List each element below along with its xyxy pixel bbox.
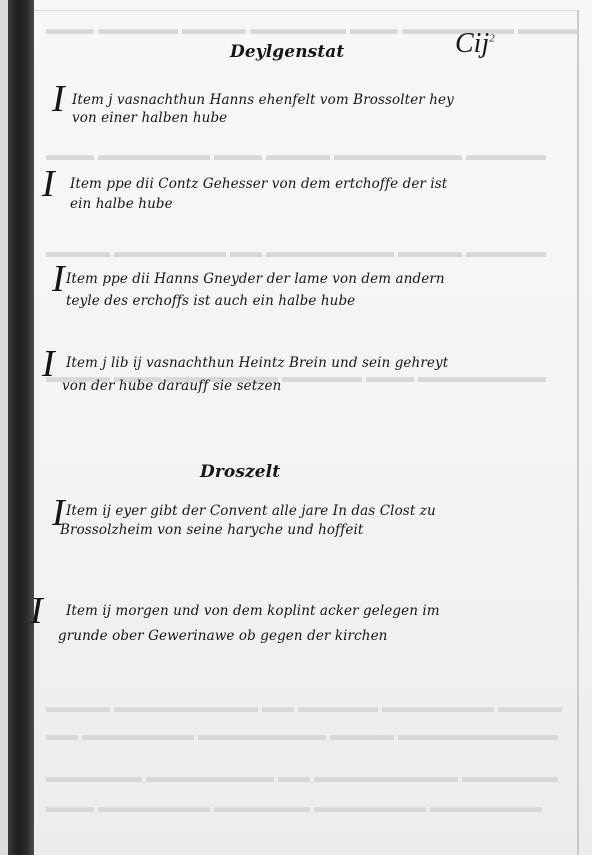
- entry-initial: I: [52, 80, 65, 118]
- entry-line: Item ppe dii Contz Gehesser von dem ertc…: [70, 176, 447, 192]
- entry-initial: I: [42, 165, 55, 203]
- entry-line: Item j lib ij vasnachthun Heintz Brein u…: [66, 355, 448, 371]
- section-heading-droszelt: Droszelt: [200, 462, 280, 482]
- page-top-edge: [34, 10, 579, 11]
- entry-line: Item ij morgen und von dem koplint acker…: [66, 603, 440, 619]
- entry-initial: I: [30, 592, 43, 630]
- entry-line: ein halbe hube: [70, 196, 173, 212]
- book-binding: [8, 0, 34, 855]
- manuscript-page: [34, 0, 592, 855]
- folio-text: Cij: [455, 28, 489, 59]
- folio-superscript: 2: [489, 33, 495, 45]
- entry-line: grunde ober Gewerinawe ob gegen der kirc…: [58, 628, 387, 644]
- entry-line: teyle des erchoffs ist auch ein halbe hu…: [66, 293, 355, 309]
- section-heading-deylgenstat: Deylgenstat: [230, 42, 344, 62]
- entry-line: von einer halben hube: [72, 110, 227, 126]
- entry-line: Item ij eyer gibt der Convent alle jare …: [66, 503, 436, 519]
- entry-line: Brossolzheim von seine haryche und hoffe…: [60, 522, 363, 538]
- entry-line: von der hube darauff sie setzen: [62, 378, 281, 394]
- binding-edge: [0, 0, 8, 855]
- entry-initial: I: [52, 260, 65, 298]
- entry-line: Item ppe dii Hanns Gneyder der lame von …: [66, 271, 445, 287]
- entry-initial: I: [42, 345, 55, 383]
- folio-number: Cij2: [455, 28, 495, 60]
- entry-line: Item j vasnachthun Hanns ehenfelt vom Br…: [72, 92, 454, 108]
